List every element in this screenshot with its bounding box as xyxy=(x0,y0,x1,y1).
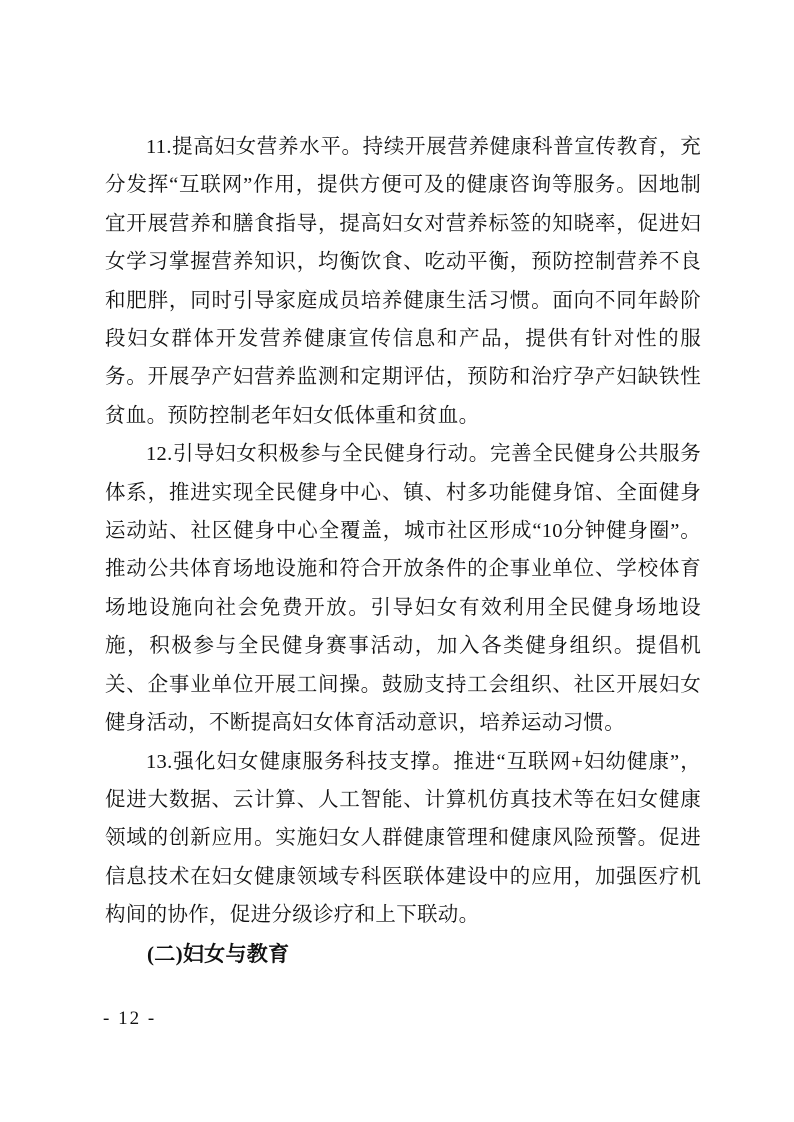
body-paragraph-clause-13: 13.强化妇女健康服务科技支撑。推进“互联网+妇幼健康”，促进大数据、云计算、人… xyxy=(105,743,701,935)
document-body: 11.提高妇女营养水平。持续开展营养健康科普宣传教育，充分发挥“互联网”作用，提… xyxy=(105,128,701,973)
page-number: - 12 - xyxy=(103,1008,156,1030)
body-paragraph-clause-11: 11.提高妇女营养水平。持续开展营养健康科普宣传教育，充分发挥“互联网”作用，提… xyxy=(105,128,701,435)
document-page: 11.提高妇女营养水平。持续开展营养健康科普宣传教育，充分发挥“互联网”作用，提… xyxy=(0,0,794,1122)
body-paragraph-clause-12: 12.引导妇女积极参与全民健身行动。完善全民健身公共服务体系，推进实现全民健身中… xyxy=(105,435,701,742)
section-heading: (二)妇女与教育 xyxy=(105,935,701,973)
